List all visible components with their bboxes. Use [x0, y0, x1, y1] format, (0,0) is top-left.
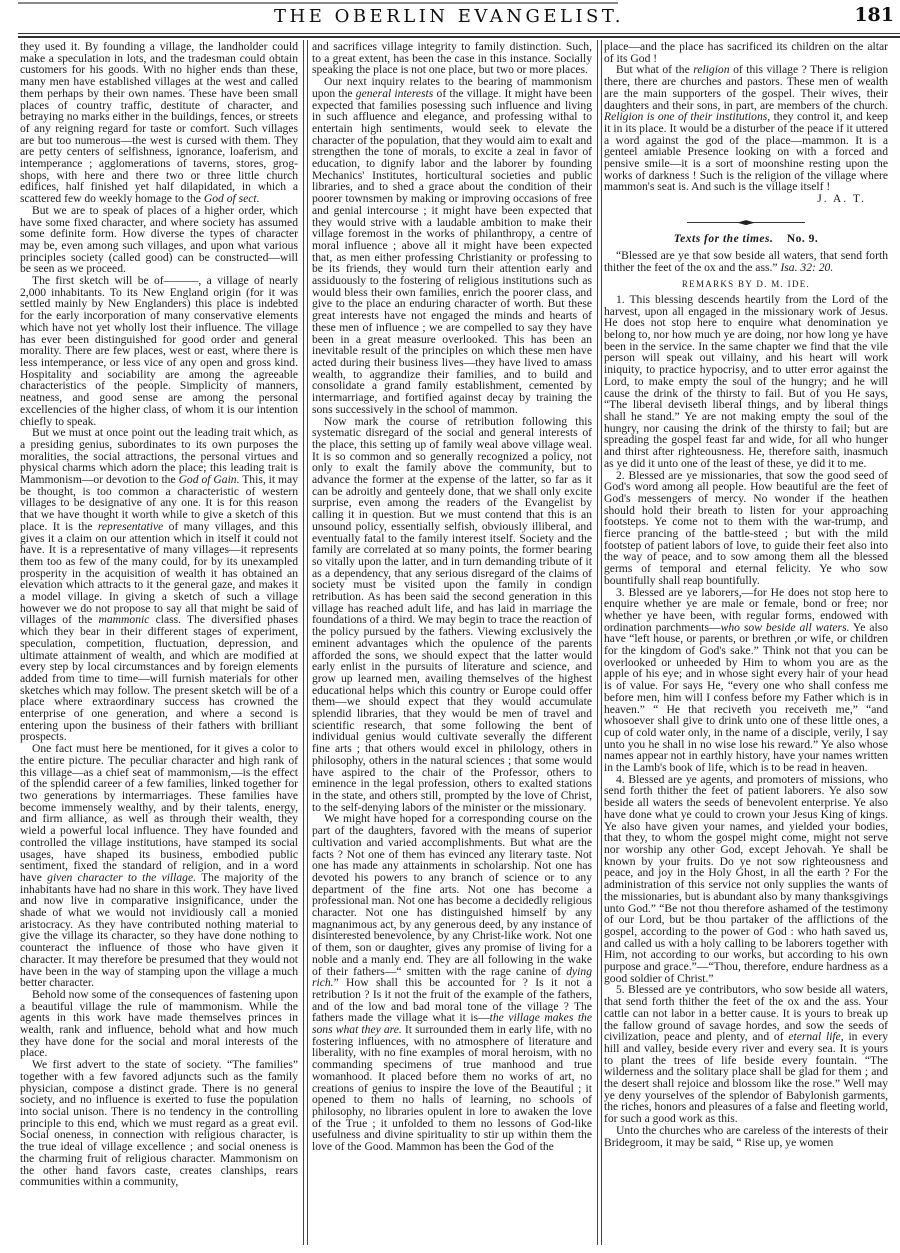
paragraph: Now mark the course of retribution follo…	[312, 416, 592, 814]
paragraph: Behold now some of the consequences of f…	[20, 989, 298, 1059]
epigraph-citation: Isa. 32: 20.	[780, 261, 833, 274]
paragraph: 3. Blessed are ye laborers,—for He does …	[604, 587, 888, 774]
remarks-body: 1. This blessing descends heartily from …	[604, 294, 888, 1148]
column-3: place—and the place has sacrificed its c…	[604, 41, 888, 1148]
paragraph: Unto the churches who are careless of th…	[604, 1125, 888, 1148]
paragraph: But we are to speak of places of a highe…	[20, 205, 298, 275]
article-signature: J. A. T.	[817, 193, 888, 205]
section-title: Texts for the times.	[674, 233, 774, 245]
column-divider	[597, 40, 602, 1245]
article-body: and sacrifices village integrity to fami…	[312, 41, 592, 1153]
remarks-byline: REMARKS BY D. M. IDE.	[604, 279, 888, 291]
column-divider	[303, 40, 308, 1245]
masthead-top-rule	[18, 2, 618, 4]
paragraph: 4. Blessed are ye agents, and promoters …	[604, 774, 888, 985]
ornamental-divider	[687, 221, 805, 224]
newspaper-page: THE OBERLIN EVANGELIST. 181 they used it…	[0, 0, 900, 1253]
paragraph: Our next inquiry relates to the bearing …	[312, 76, 592, 415]
section-number: No. 9.	[787, 233, 818, 245]
paragraph: The first sketch will be of———, a villag…	[20, 275, 298, 427]
masthead-rule	[18, 36, 900, 38]
article-ending: place—and the place has sacrificed its c…	[604, 41, 888, 193]
column-2: and sacrifices village integrity to fami…	[312, 41, 592, 1153]
article-body: they used it. By founding a village, the…	[20, 41, 298, 1188]
paragraph: 2. Blessed are ye missionaries, that sow…	[604, 470, 888, 587]
masthead-rule	[18, 33, 900, 34]
paragraph: We first advert to the state of society.…	[20, 1059, 298, 1188]
paragraph: One fact must here be mentioned, for it …	[20, 743, 298, 989]
paragraph: We might have hoped for a corresponding …	[312, 813, 592, 1152]
paragraph: 5. Blessed are ye contributors, who sow …	[604, 984, 888, 1124]
page-number: 181	[854, 4, 894, 26]
paragraph: But we must at once point out the leadin…	[20, 427, 298, 743]
paragraph: they used it. By founding a village, the…	[20, 41, 298, 205]
epigraph-text: “Blessed are ye that sow beside all wate…	[604, 249, 888, 274]
section-heading: Texts for the times. No. 9.	[604, 234, 888, 246]
scripture-epigraph: “Blessed are ye that sow beside all wate…	[604, 250, 888, 273]
newspaper-title: THE OBERLIN EVANGELIST.	[274, 6, 624, 27]
article-signature-line: J. A. T.	[604, 193, 888, 205]
masthead: THE OBERLIN EVANGELIST. 181	[18, 0, 900, 36]
paragraph: But what of the religion of this village…	[604, 64, 888, 193]
paragraph: 1. This blessing descends heartily from …	[604, 294, 888, 470]
ornament-diamond	[737, 220, 755, 225]
column-1: they used it. By founding a village, the…	[20, 41, 298, 1188]
paragraph: and sacrifices village integrity to fami…	[312, 41, 592, 76]
paragraph: place—and the place has sacrificed its c…	[604, 41, 888, 64]
